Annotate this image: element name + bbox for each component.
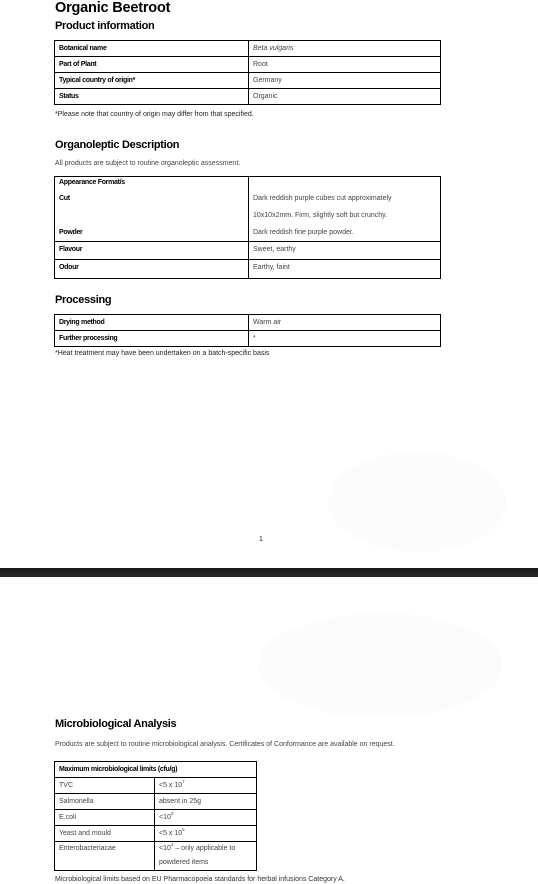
page-shadow-artifact — [258, 613, 503, 718]
appearance-label: Appearance Format/s — [59, 177, 244, 190]
microbiological-heading: Microbiological Analysis — [55, 718, 176, 730]
page-shadow-artifact — [328, 452, 506, 552]
page-number: 1 — [259, 536, 263, 543]
table-row: Odour Earthy, faint — [55, 260, 441, 279]
row-value: Organic — [249, 89, 441, 105]
row-value: <5 x 105 — [155, 826, 257, 842]
document-title: Organic Beetroot — [55, 0, 170, 16]
table-row: Salmonella absent in 25g — [55, 794, 257, 810]
table-row: Botanical name Beta vulgaris — [55, 41, 441, 57]
row-value: Warm air — [249, 315, 441, 331]
format-value-cut-line1: Dark reddish purple cubes cut approximat… — [253, 190, 436, 207]
row-value: * — [249, 331, 441, 347]
format-label-powder: Powder — [59, 224, 244, 241]
row-value: <103 — [155, 810, 257, 826]
document-page-2: Microbiological Analysis Products are su… — [0, 577, 538, 884]
table-row: Further processing * — [55, 331, 441, 347]
table-row: Drying method Warm air — [55, 315, 441, 331]
table-row: Part of Plant Root — [55, 57, 441, 73]
row-label: TVC — [55, 778, 155, 794]
microbiological-intro: Products are subject to routine microbio… — [55, 740, 440, 749]
appearance-value-cell: Dark reddish purple cubes cut approximat… — [249, 177, 441, 242]
value-text: <5 x 10 — [159, 830, 182, 837]
row-label: Yeast and mould — [55, 826, 155, 842]
table-row: Enterobacteriacae <104 – only applicable… — [55, 842, 257, 871]
row-label: Drying method — [55, 315, 249, 331]
table-row-appearance: Appearance Format/s Cut Powder Dark redd… — [55, 177, 441, 242]
table-row: TVC <5 x 107 — [55, 778, 257, 794]
value-text: <10 — [159, 845, 171, 852]
table-header: Maximum microbiological limits (cfu/g) — [55, 762, 257, 778]
document-page-1: Organic Beetroot Product information Bot… — [0, 0, 538, 568]
heat-treatment-footnote: *Heat treatment may have been undertaken… — [55, 350, 269, 357]
value-text: absent in 25g — [159, 798, 201, 805]
row-label: Status — [55, 89, 249, 105]
organoleptic-heading: Organoleptic Description — [55, 139, 179, 151]
format-label-cut: Cut — [59, 190, 244, 207]
row-label: E.coli — [55, 810, 155, 826]
table-header-row: Maximum microbiological limits (cfu/g) — [55, 762, 257, 778]
value-text: <10 — [159, 814, 171, 821]
processing-table: Drying method Warm air Further processin… — [54, 314, 441, 347]
row-value: <5 x 107 — [155, 778, 257, 794]
spacer — [253, 177, 436, 190]
row-label: Typical country of origin* — [55, 73, 249, 89]
row-value: absent in 25g — [155, 794, 257, 810]
table-row: E.coli <103 — [55, 810, 257, 826]
row-label: Part of Plant — [55, 57, 249, 73]
table-row: Status Organic — [55, 89, 441, 105]
table-row: Flavour Sweet, earthy — [55, 242, 441, 260]
row-label: Salmonella — [55, 794, 155, 810]
page-break-divider — [0, 568, 538, 577]
value-exponent: 5 — [182, 827, 185, 832]
spacer — [59, 207, 244, 224]
organoleptic-table: Appearance Format/s Cut Powder Dark redd… — [54, 176, 441, 279]
row-value: Earthy, faint — [249, 260, 441, 279]
product-information-table: Botanical name Beta vulgaris Part of Pla… — [54, 40, 441, 105]
value-exponent: 3 — [171, 811, 174, 816]
microbiological-limits-table: Maximum microbiological limits (cfu/g) T… — [54, 761, 257, 871]
format-value-cut-line2: 10x10x2mm. Firm, slightly soft but crunc… — [253, 207, 436, 224]
row-value: <104 – only applicable to powdered items — [155, 842, 257, 871]
row-value: Sweet, earthy — [249, 242, 441, 260]
table-row: Yeast and mould <5 x 105 — [55, 826, 257, 842]
origin-footnote: *Please note that country of origin may … — [55, 111, 254, 118]
row-value: Germany — [249, 73, 441, 89]
format-value-powder: Dark reddish fine purple powder. — [253, 224, 436, 241]
organoleptic-intro: All products are subject to routine orga… — [55, 160, 240, 167]
product-information-heading: Product information — [55, 20, 154, 32]
value-exponent: 7 — [182, 779, 185, 784]
row-label: Odour — [55, 260, 249, 279]
row-label: Enterobacteriacae — [55, 842, 155, 871]
row-label: Botanical name — [55, 41, 249, 57]
appearance-label-cell: Appearance Format/s Cut Powder — [55, 177, 249, 242]
microbiological-footnote: Microbiological limits based on EU Pharm… — [55, 876, 345, 883]
table-row: Typical country of origin* Germany — [55, 73, 441, 89]
processing-heading: Processing — [55, 294, 111, 306]
row-value: Root — [249, 57, 441, 73]
row-label: Further processing — [55, 331, 249, 347]
row-value: Beta vulgaris — [249, 41, 441, 57]
value-text: <5 x 10 — [159, 782, 182, 789]
row-label: Flavour — [55, 242, 249, 260]
